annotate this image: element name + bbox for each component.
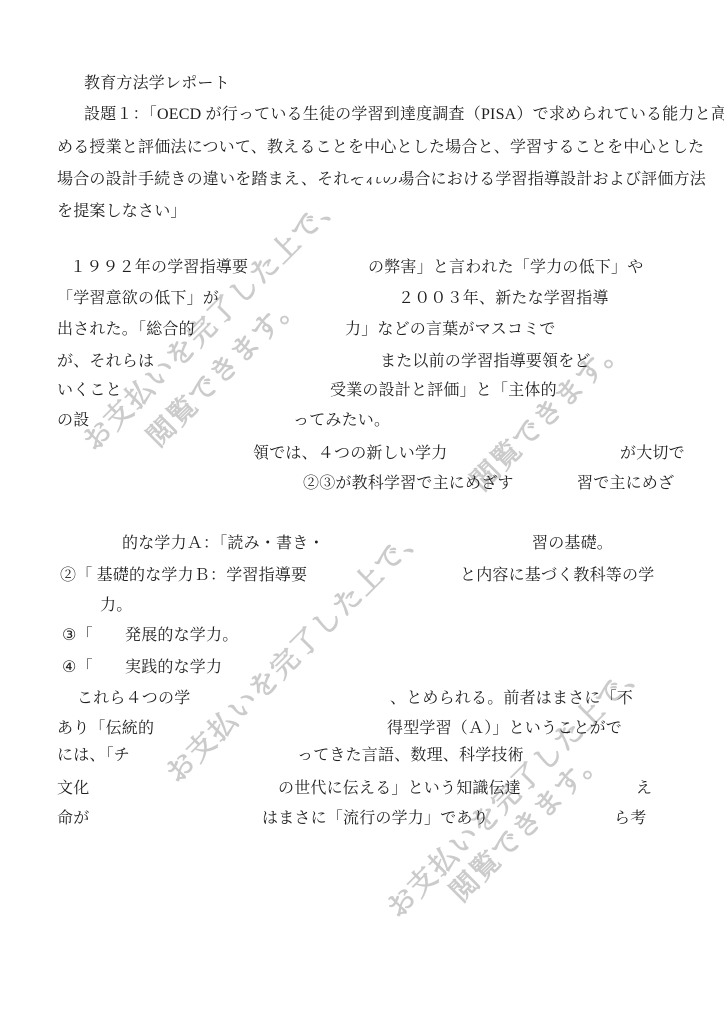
document-text-segment: １９９２年の学習指導要 (70, 257, 248, 279)
document-text-segment: 力。 (100, 595, 132, 617)
document-text-segment: 的な学力Ａ：「読み・書き・ (122, 533, 325, 555)
document-text-segment: いくこと (57, 380, 122, 402)
document-text-segment: ら考 (614, 808, 646, 830)
document-text-segment: え (636, 778, 652, 800)
document-text-segment: の設 (57, 410, 89, 432)
document-text-segment: 文化 (57, 778, 89, 800)
document-text-segment: 得型学習（Ａ）」ということがで (387, 718, 622, 740)
document-text-segment: 設題１：「OECD が行っている生徒の学習到達度調査（PISA）で求められている… (84, 104, 724, 126)
document-text-segment: 力」などの言葉がマスコミで (345, 319, 556, 341)
document-text-segment: ってきた言語、数理、科学技術 (297, 745, 524, 767)
document-text-segment: 出された。「総合的 (57, 319, 195, 341)
document-text-segment: 教育方法学レポート (84, 73, 230, 95)
document-text-segment: を提案しなさい」 (57, 201, 187, 223)
document-text-segment: 受業の設計と評価」と「主体的 (330, 380, 557, 402)
document-text-segment: める授業と評価法について、教えることを中心とした場合と、学習することを中心とした (57, 137, 704, 159)
document-text-segment: はまさに「流行の学力」であり (262, 808, 489, 830)
document-text-segment: ②「 基礎的な学力Ｂ：学習指導要 (60, 565, 307, 587)
watermark-text: 閲覧できます。 (142, 288, 306, 452)
document-text-segment: の世代に伝える」という知識伝達 (278, 778, 521, 800)
document-text-segment: 習で主にめざ (577, 473, 674, 495)
document-text-segment: 発展的な学力。 (125, 625, 238, 647)
document-text-segment: 領では、４つの新しい学力 (253, 443, 447, 465)
document-text-segment: が大切で (620, 443, 685, 465)
document-text-segment: 習の基礎。 (532, 533, 613, 555)
document-text-segment: 「学習意欲の低下」が (57, 288, 219, 310)
redaction-patch (350, 164, 402, 177)
document-text-segment: ④「 (62, 657, 93, 679)
document-text-segment: ってみたい。 (293, 410, 390, 432)
document-text-segment: ②③が教科学習で主にめざす (303, 473, 514, 495)
document-text-segment: これら４つの学 (77, 688, 190, 710)
document-text-segment: また以前の学習指導要領をど (380, 351, 591, 373)
document-text-segment: あり「伝統的 (57, 718, 154, 740)
document-text-segment: の弊害」と言われた「学力の低下」や (368, 257, 643, 279)
document-text-segment: には、「チ (57, 745, 130, 767)
document-text-segment: 、とめられる。前者はまさに「不 (390, 688, 633, 710)
document-text-segment: と内容に基づく教科等の学 (460, 565, 654, 587)
document-text-segment: 命が (57, 808, 89, 830)
document-text-segment: が、それらは (57, 351, 154, 373)
document-text-segment: ③「 (62, 625, 93, 647)
document-text-segment: ２００３年、新たな学習指導 (398, 288, 609, 310)
document-text-segment: 実践的な学力 (125, 657, 222, 679)
document-page: お支払いを完了した上で、閲覧できます。お支払いを完了した上で、閲覧できます。お支… (0, 0, 724, 1024)
